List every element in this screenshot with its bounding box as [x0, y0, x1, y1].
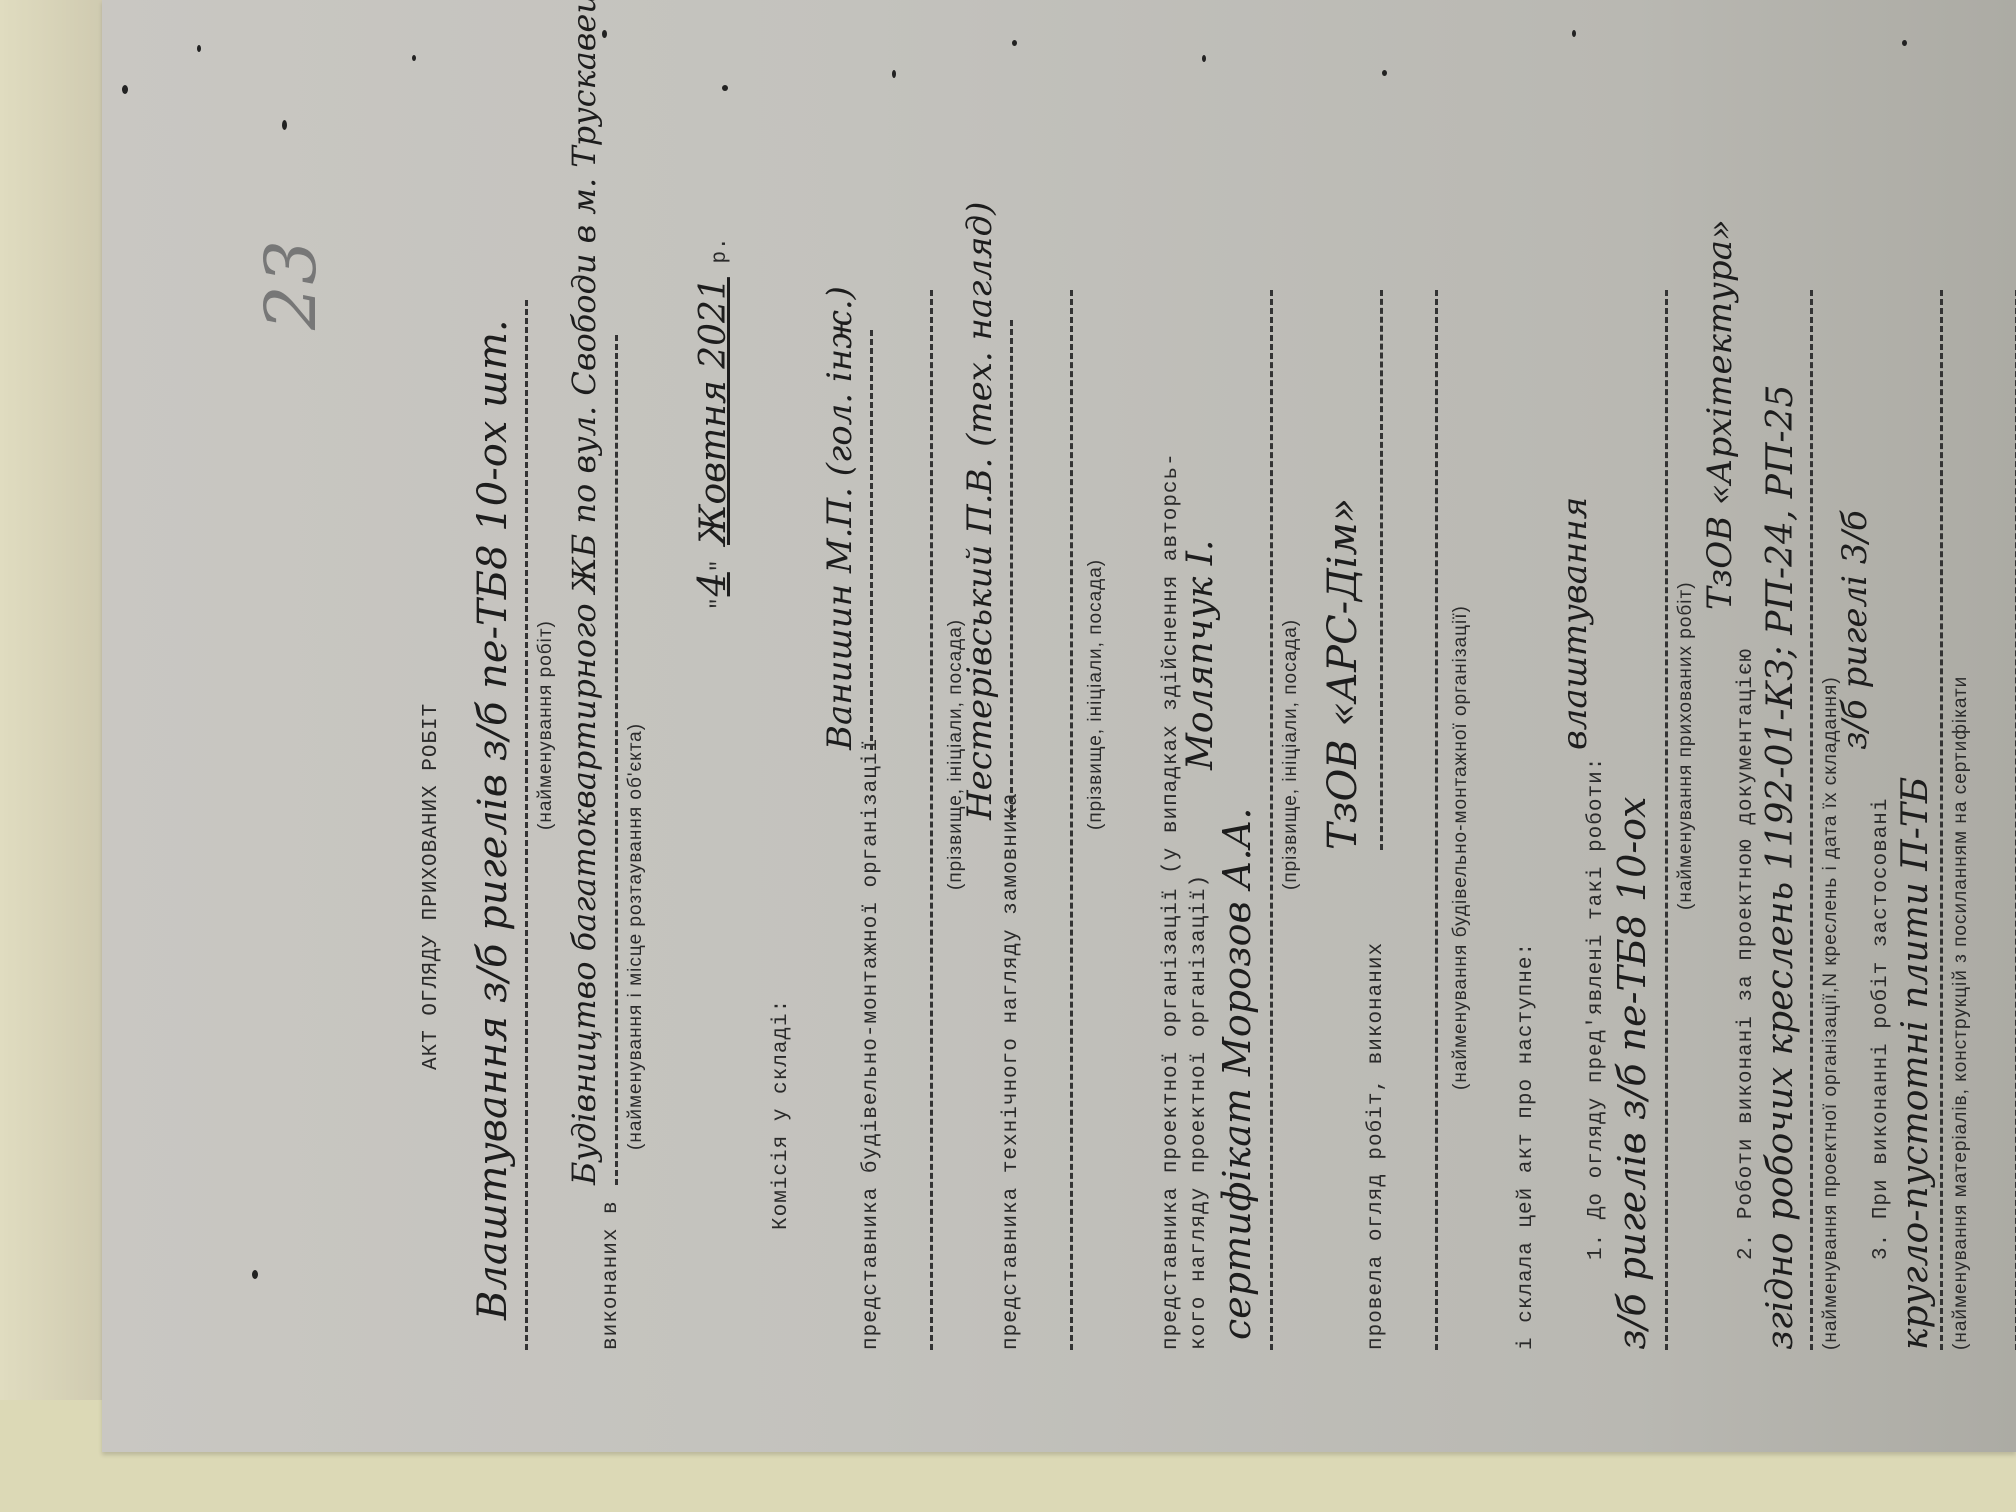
works-name-value: Влаштування з/б ригелів з/б пе-ТБ8 10-ох…: [470, 319, 516, 1320]
performed-in-label: виконаних в: [600, 1200, 623, 1350]
toner-speck: [412, 55, 416, 61]
commission-heading: Комісія у складі:: [770, 999, 793, 1230]
performed-in-value: Будівництво багатоквартирного ЖБ по вул.…: [565, 0, 603, 1185]
performed-in-underline: [615, 335, 618, 1185]
date-day: 4: [690, 572, 734, 596]
works-name-caption: (найменування робіт): [535, 620, 557, 830]
date-line: "4" Жовтня 2021 р.: [690, 236, 734, 610]
inspected-by-caption: (найменування будівельно-монтажної орган…: [1450, 605, 1472, 1090]
item-3-value: кругло-пустотні плити П-ТБ: [1895, 777, 1936, 1350]
item-2-number: 2.: [1735, 1233, 1758, 1260]
toner-speck: [1572, 30, 1576, 37]
toner-speck: [197, 45, 201, 52]
item-2-value: згідно робочих креслень 1192-01-КЗ; РП-2…: [1760, 385, 1801, 1350]
design-rep-value-inline: Моляпчук І.: [1180, 540, 1221, 770]
performed-in-caption: (найменування і місце розтаування об'єкт…: [625, 723, 647, 1150]
design-rep-value: сертифікат Морозов А.А.: [1215, 808, 1259, 1340]
item-1-value-inline: влаштування: [1555, 497, 1595, 750]
customer-rep-caption: (прізвище, ініціали, посада): [1085, 559, 1107, 830]
item-3-underline: [1940, 290, 1943, 1350]
builder-rep-label: представника будівельно-монтажної органі…: [860, 738, 883, 1350]
act-intro: і склала цей акт про наступне:: [1515, 942, 1538, 1350]
item-3-caption: (найменування матеріалів, конструкцій з …: [1950, 676, 1972, 1350]
toner-speck: [122, 85, 128, 94]
toner-speck: [1012, 40, 1017, 46]
item-1-value: з/б ригелів з/б пе-ТБ8 10-ох: [1610, 797, 1654, 1350]
date-month-year: Жовтня 2021: [693, 277, 734, 545]
design-rep-caption: (прізвище, ініціали, посада): [1280, 619, 1302, 890]
inspected-by-line2: [1435, 290, 1438, 1350]
item-2-label: 2. Роботи виконані за проектною документ…: [1735, 648, 1758, 1260]
item-1-label: 1. До огляду пред'явлені такі роботи:: [1585, 757, 1608, 1260]
inspected-by-underline: [1380, 290, 1383, 850]
item-3-text: При виконанні робіт застосовані: [1870, 798, 1893, 1220]
inspected-by-label: провела огляд робіт, виконаних: [1365, 942, 1388, 1350]
item-2-text: Роботи виконані за проектною документаці…: [1735, 648, 1758, 1219]
toner-speck: [1902, 40, 1907, 46]
background-left: [0, 0, 105, 1512]
works-name-underline: [525, 300, 528, 1350]
document-title: АКТ ОГЛЯДУ ПРИХОВАНИХ РОБІТ: [420, 703, 443, 1070]
item-1-underline: [1665, 290, 1668, 1350]
design-rep-underline: [1270, 290, 1273, 1350]
rotated-document-page: 23 АКТ ОГЛЯДУ ПРИХОВАНИХ РОБІТ Влаштуван…: [170, 70, 1990, 1390]
design-rep-label-2: кого нагляду проектної організації): [1188, 874, 1211, 1350]
item-2-underline: [1810, 290, 1813, 1350]
item-1-caption: (найменування прихованих робіт): [1675, 581, 1697, 910]
builder-rep-value: Ванишин М.П. (гол. інж.): [820, 286, 860, 750]
customer-rep-line2: [1070, 290, 1073, 1350]
item-3-value-inline: з/б ригелі 3/б: [1835, 510, 1875, 750]
builder-rep-underline: [870, 330, 873, 750]
item-2-caption: (найменування проектної організації,N кр…: [1820, 676, 1842, 1350]
date-suffix: р.: [709, 236, 732, 263]
customer-rep-value: Нестерівський П.В. (тех. нагляд): [960, 202, 1000, 820]
toner-speck: [1202, 55, 1206, 62]
customer-rep-label: представника технічного нагляду замовник…: [1000, 792, 1023, 1350]
page-number: 23: [250, 239, 332, 330]
item-2-value-inline: ТзОВ «Архітектура»: [1700, 219, 1740, 610]
item-1-text: До огляду пред'явлені такі роботи:: [1585, 757, 1608, 1219]
item-3-label: 3. При виконанні робіт застосовані: [1870, 798, 1893, 1261]
inspected-by-value: ТзОВ «АРС-Дім»: [1320, 498, 1366, 850]
builder-rep-line2: [930, 290, 933, 1350]
item-1-number: 1.: [1585, 1233, 1608, 1260]
customer-rep-underline: [1010, 320, 1013, 820]
item-3-number: 3.: [1870, 1233, 1893, 1260]
